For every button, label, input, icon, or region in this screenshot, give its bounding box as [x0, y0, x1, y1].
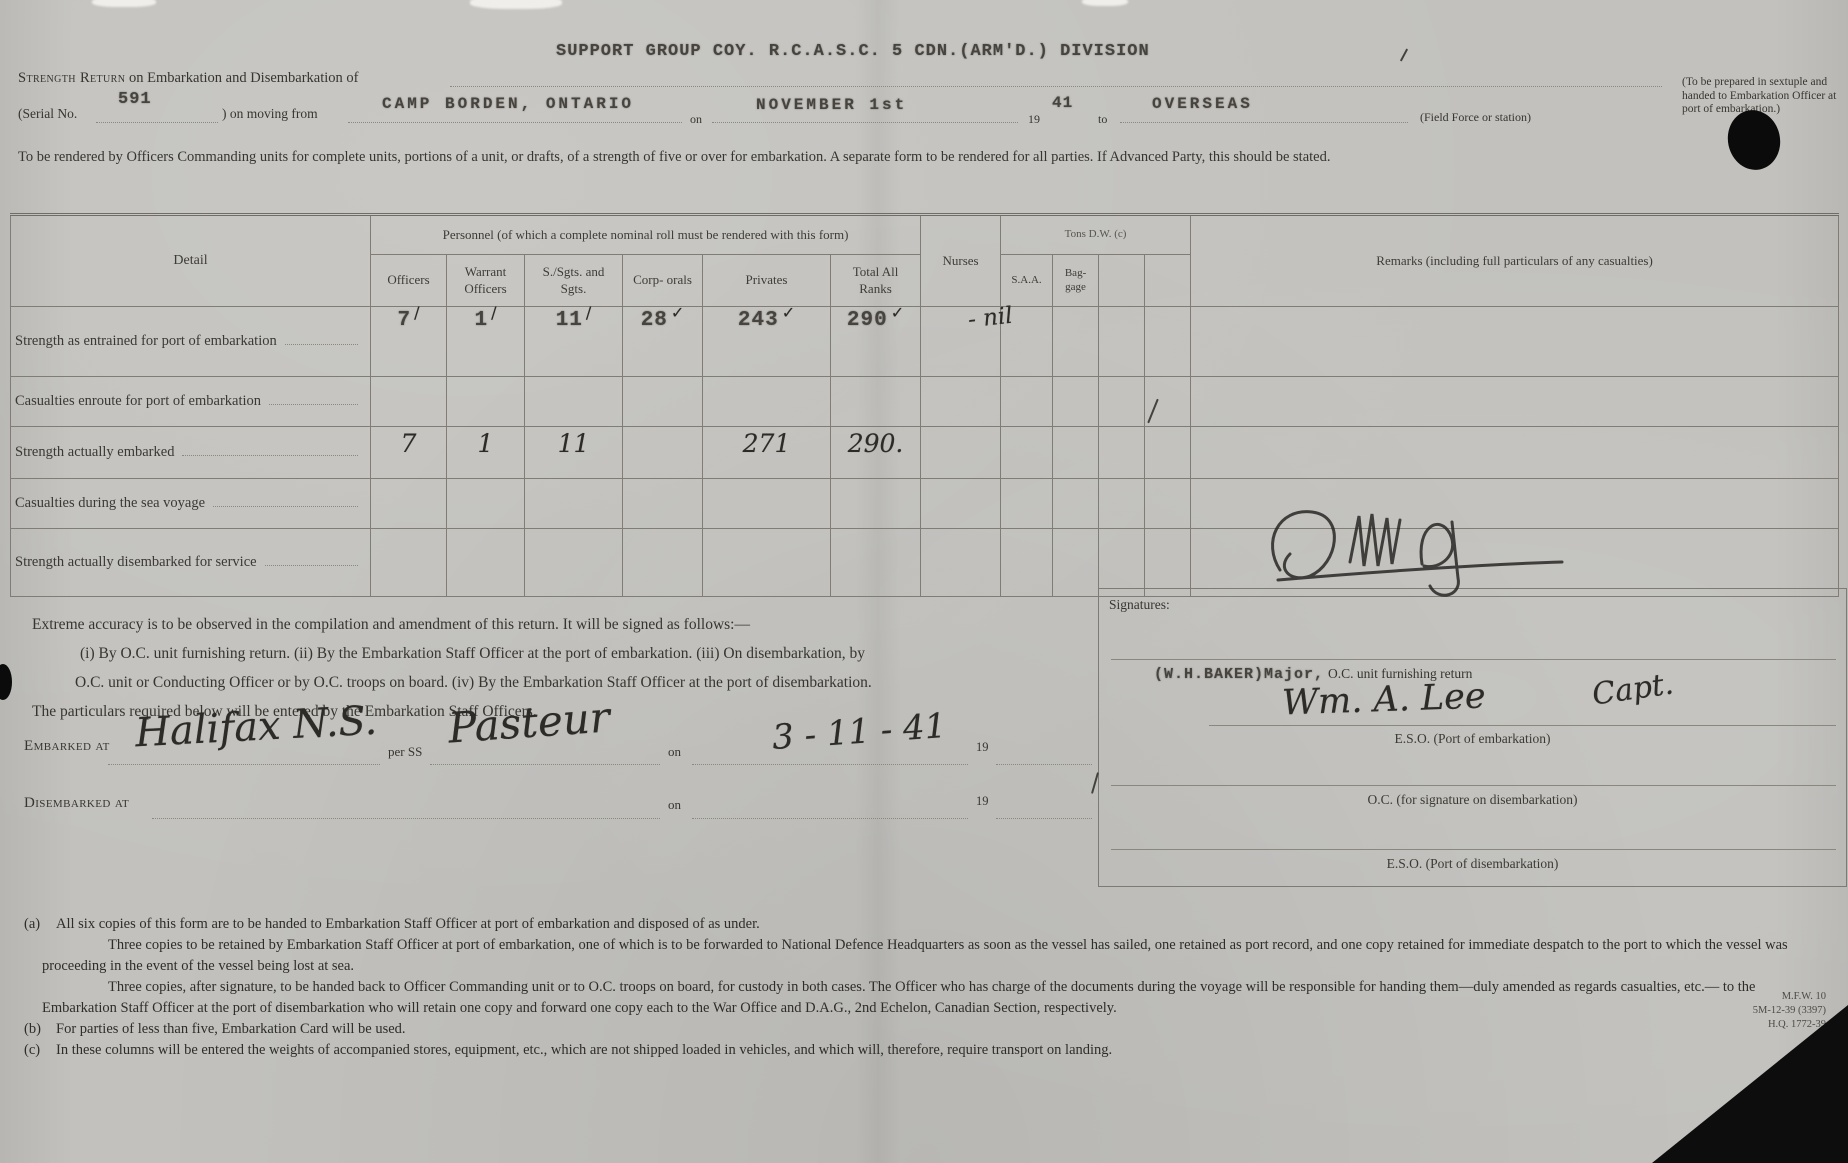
cell [1145, 529, 1191, 597]
cell-corporals [623, 427, 703, 479]
cell [525, 529, 623, 597]
signature-caption-eso-disembark: E.S.O. (Port of disembarkation) [1099, 856, 1846, 872]
date-typed: NOVEMBER 1st [756, 96, 907, 114]
footnote-b: (b)For parties of less than five, Embark… [10, 1019, 1822, 1040]
cell-remarks [1191, 427, 1839, 479]
cell-warrant: 1 [447, 427, 525, 479]
cell-sgts: 11/ [525, 307, 623, 377]
print-code-line: 5M-12-39 (3397) [1753, 1004, 1826, 1018]
render-note: To be rendered by Officers Commanding un… [18, 146, 1590, 168]
signatures-box: Signatures: (W.H.BAKER)Major, O.C. unit … [1098, 588, 1847, 887]
footnotes: (a)All six copies of this form are to be… [10, 914, 1822, 1061]
signature-caption-oc-disembark: O.C. (for signature on disembarkation) [1099, 792, 1846, 808]
cell-blank [1145, 307, 1191, 377]
year-label: 19 [976, 740, 989, 755]
row-label: Casualties during the sea voyage [11, 479, 371, 529]
cell [371, 377, 447, 427]
cell [1001, 529, 1053, 597]
footnote-a-para1: Three copies to be retained by Embarkati… [42, 935, 1822, 977]
cell [371, 529, 447, 597]
dotted-line [430, 764, 660, 765]
print-code: M.F.W. 10 5M-12-39 (3397) H.Q. 1772-39 [1753, 990, 1826, 1032]
cell [831, 479, 921, 529]
cell [1099, 479, 1145, 529]
serial-value-typed: 591 [118, 90, 152, 109]
col-header-sgts: S./Sgts. and Sgts. [525, 255, 623, 307]
unit-title-typed: SUPPORT GROUP COY. R.C.A.S.C. 5 CDN.(ARM… [556, 42, 1150, 61]
serial-label: (Serial No. [18, 106, 77, 122]
dotted-line [692, 818, 968, 819]
dotted-leader [265, 565, 358, 566]
print-code-line: H.Q. 1772-39 [1753, 1018, 1826, 1032]
row-label: Strength actually disembarked for servic… [11, 529, 371, 597]
to-label: to [1098, 112, 1107, 127]
row-label: Strength actually embarked [11, 427, 371, 479]
cell [1001, 427, 1053, 479]
cell-nurses [921, 529, 1001, 597]
col-header-corporals: Corp- orals [623, 255, 703, 307]
col-header-blank2 [1145, 255, 1191, 307]
col-group-personnel: Personnel (of which a complete nominal r… [371, 215, 921, 255]
col-header-nurses: Nurses [921, 215, 1001, 307]
cell [371, 479, 447, 529]
table-row-entrained: Strength as entrained for port of embark… [11, 307, 1839, 377]
year-label: 19 [976, 794, 989, 809]
col-header-warrant-officers: Warrant Officers [447, 255, 525, 307]
signature-line [1111, 659, 1836, 660]
pen-mark [1400, 48, 1408, 61]
col-header-officers: Officers [371, 255, 447, 307]
row-label: Casualties enroute for port of embarkati… [11, 377, 371, 427]
dotted-line [712, 122, 1018, 123]
officer-name-typed: (W.H.BAKER)Major, [1154, 666, 1324, 683]
cell [623, 377, 703, 427]
on-label: on [690, 112, 702, 127]
embarked-at-label: Embarked at [24, 738, 110, 755]
cell [1099, 529, 1145, 597]
table-row-embarked: Strength actually embarked 7 1 11 271 29… [11, 427, 1839, 479]
cell-nurses [921, 479, 1001, 529]
footnote-c: (c)In these columns will be entered the … [10, 1040, 1822, 1061]
col-header-detail: Detail [11, 215, 371, 307]
form-title-prefix: Strength Return [18, 70, 125, 86]
form-title: Strength Return on Embarkation and Disem… [18, 70, 359, 87]
dotted-line [996, 764, 1092, 765]
cell-sgts: 11 [525, 427, 623, 479]
cell-privates: 271 [703, 427, 831, 479]
cell-total: 290✓ [831, 307, 921, 377]
signature-scrawl [1250, 492, 1580, 612]
col-header-total: Total All Ranks [831, 255, 921, 307]
row-label: Strength as entrained for port of embark… [11, 307, 371, 377]
cell-nurses [921, 427, 1001, 479]
dotted-line [152, 818, 660, 819]
col-header-blank1 [1099, 255, 1145, 307]
form-title-rest: on Embarkation and Disembarkation of [125, 70, 358, 86]
footnote-a: (a)All six copies of this form are to be… [10, 914, 1822, 935]
cell [1099, 377, 1145, 427]
cell-baggage [1053, 307, 1099, 377]
cell-officers: 7 [371, 427, 447, 479]
year-typed: 41 [1052, 94, 1073, 112]
cell [703, 529, 831, 597]
per-ss-label: per SS [388, 744, 422, 760]
cell-officers: 7/ [371, 307, 447, 377]
cell-total: 290. [831, 427, 921, 479]
handwritten-nil: - nil [967, 303, 1014, 334]
dotted-leader [182, 455, 358, 456]
col-group-tons: Tons D.W. (c) [1001, 215, 1191, 255]
on-label: on [668, 744, 681, 760]
cell-remarks [1191, 307, 1839, 377]
dotted-leader [213, 506, 358, 507]
year-printed: 19 [1028, 112, 1040, 127]
cell [447, 377, 525, 427]
dotted-line [96, 122, 218, 123]
col-header-privates: Privates [703, 255, 831, 307]
prepare-note: (To be prepared in sextuple and handed t… [1682, 76, 1840, 117]
dotted-line [348, 122, 682, 123]
cell-blank [1099, 307, 1145, 377]
cell-privates: 243✓ [703, 307, 831, 377]
cell [703, 377, 831, 427]
moving-from-typed: CAMP BORDEN, ONTARIO [382, 95, 634, 113]
cell [623, 529, 703, 597]
cell [1001, 479, 1053, 529]
cell [831, 377, 921, 427]
signature-eso-name: Wm. A. Lee [1281, 676, 1486, 723]
dotted-line [692, 764, 968, 765]
cell [525, 377, 623, 427]
cell-nurses: - nil [921, 307, 1001, 377]
cell-remarks [1191, 377, 1839, 427]
embark-date-handwritten: 3 - 11 - 41 [771, 706, 948, 758]
ink-blot [0, 664, 12, 700]
dotted-leader [285, 344, 358, 345]
scanned-strength-return-form: SUPPORT GROUP COY. R.C.A.S.C. 5 CDN.(ARM… [0, 0, 1848, 1163]
paper-tear [470, 0, 562, 9]
cell [1145, 427, 1191, 479]
cell [1099, 427, 1145, 479]
cell [1001, 377, 1053, 427]
dotted-leader [269, 404, 358, 405]
print-code-line: M.F.W. 10 [1753, 990, 1826, 1004]
paper-tear [92, 0, 156, 7]
cell-nurses [921, 377, 1001, 427]
cell [1053, 529, 1099, 597]
signature-line [1111, 785, 1836, 786]
signatures-title: Signatures: [1109, 597, 1170, 613]
destination-typed: OVERSEAS [1152, 95, 1253, 113]
accuracy-line-3: O.C. unit or Conducting Officer or by O.… [75, 674, 872, 692]
cell-corporals: 28✓ [623, 307, 703, 377]
cell [703, 479, 831, 529]
cell [1145, 479, 1191, 529]
paper-tear [1082, 0, 1128, 6]
cell [525, 479, 623, 529]
moving-from-label: ) on moving from [222, 106, 318, 122]
col-header-saa: S.A.A. [1001, 255, 1053, 307]
cell [447, 529, 525, 597]
disembarked-at-label: Disembarked at [24, 795, 129, 812]
field-force-label: (Field Force or station) [1420, 110, 1531, 125]
cell [1145, 377, 1191, 427]
cell [1053, 479, 1099, 529]
accuracy-line-1: Extreme accuracy is to be observed in th… [32, 616, 750, 634]
ship-name-handwritten: Pasteur [446, 692, 611, 752]
signature-line [1209, 725, 1836, 726]
cell [831, 529, 921, 597]
signature-caption-eso-embark: E.S.O. (Port of embarkation) [1099, 731, 1846, 747]
col-header-baggage: Bag- gage [1053, 255, 1099, 307]
cell [1053, 377, 1099, 427]
signature-line [1111, 849, 1836, 850]
cell [1053, 427, 1099, 479]
on-label: on [668, 797, 681, 813]
accuracy-line-2: (i) By O.C. unit furnishing return. (ii)… [80, 645, 865, 663]
cell-warrant: 1/ [447, 307, 525, 377]
cell [623, 479, 703, 529]
footnote-a-para2: Three copies, after signature, to be han… [42, 977, 1822, 1019]
dotted-line [996, 818, 1092, 819]
dotted-line [1120, 122, 1408, 123]
col-header-remarks: Remarks (including full particulars of a… [1191, 215, 1839, 307]
cell [447, 479, 525, 529]
table-row-casualties-enroute: Casualties enroute for port of embarkati… [11, 377, 1839, 427]
dotted-line [108, 764, 380, 765]
dotted-line [450, 86, 1662, 87]
